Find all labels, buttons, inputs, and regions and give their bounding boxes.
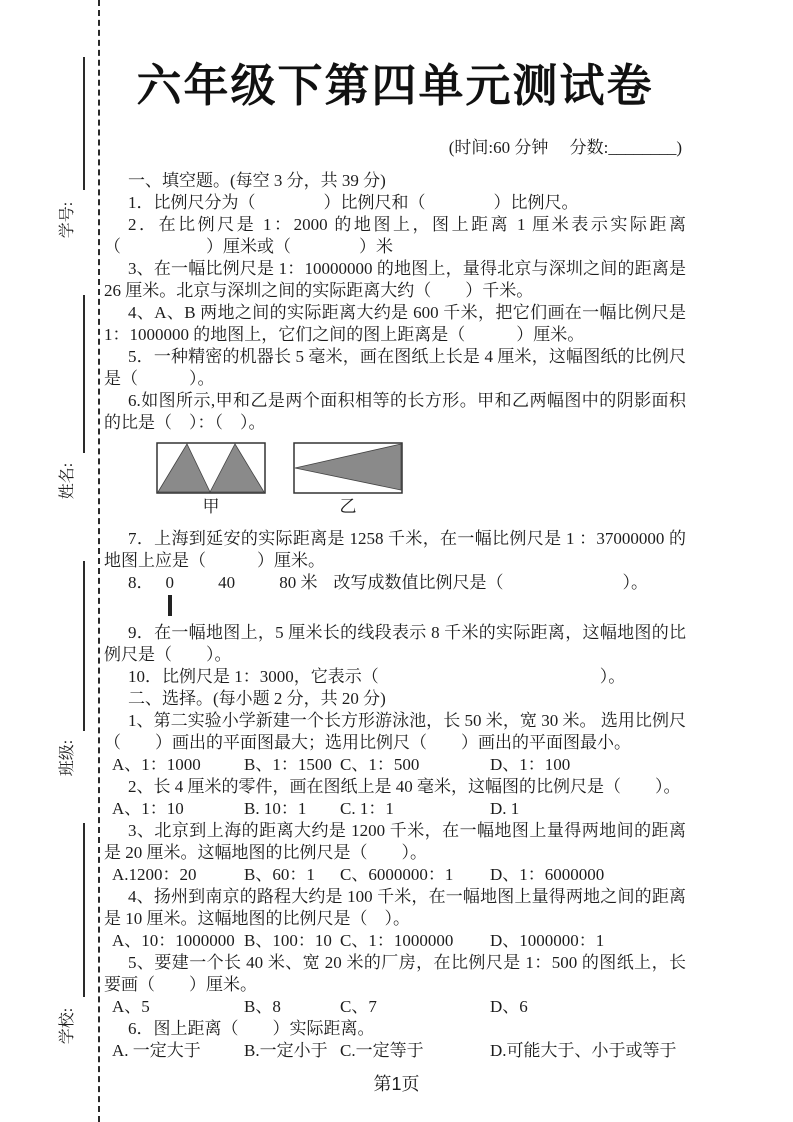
- linear-scale-widget: 0 40 80 米: [166, 572, 318, 616]
- option-item: D.可能大于、小于或等于: [490, 1040, 686, 1062]
- option-item: A、10：1000000: [112, 930, 244, 952]
- fill-question-4: 4、A、B 两地之间的实际距离大约是 600 千米，把它们画在一幅比例尺是 1：…: [104, 302, 686, 346]
- scale-tick-labels: 0 40 80 米: [166, 572, 318, 594]
- page-footer: 第1页: [0, 1072, 793, 1096]
- scale-bar-graphic: [168, 595, 172, 616]
- section-heading-choice: 二、选择。(每小题 2 分，共 20 分): [104, 688, 686, 710]
- option-item: A.1200：20: [112, 864, 244, 886]
- seal-dashed-line: [98, 0, 100, 1122]
- fill-question-3: 3、在一幅比例尺是 1：10000000 的地图上，量得北京与深圳之间的距离是 …: [104, 258, 686, 302]
- fill-question-9: 9．在一幅地图上，5 厘米长的线段表示 8 千米的实际距离，这幅地图的比例尺是（…: [104, 622, 686, 666]
- option-item: B.一定小于: [244, 1040, 340, 1062]
- choice-options-5: A、5 B、8 C、7 D、6: [104, 996, 686, 1018]
- seal-write-line: [83, 57, 85, 190]
- figure-jia-drawing: [156, 442, 266, 494]
- fill-question-8: 8． 0 40 80 米 改写成数值比例尺是（ ）。: [104, 572, 686, 616]
- seal-label-student-number: 学号:: [58, 182, 78, 258]
- option-item: B、1：1500: [244, 754, 340, 776]
- option-item: C.一定等于: [340, 1040, 490, 1062]
- option-item: C、7: [340, 996, 490, 1018]
- scale-tick-40: 40: [218, 572, 235, 594]
- section-heading-fill: 一、填空题。(每空 3 分，共 39 分): [104, 170, 686, 192]
- option-item: C、1：1000000: [340, 930, 490, 952]
- question-8-text: 改写成数值比例尺是（ ）。: [334, 572, 687, 594]
- fill-question-7: 7．上海到延安的实际距离是 1258 千米，在一幅比例尺是 1 ：3700000…: [104, 528, 686, 572]
- exam-paper-page: 学号: 姓名: 班级: 学校: 六年级下第四单元测试卷 (时间:60 分钟 分数…: [0, 0, 793, 1122]
- option-item: B. 10：1: [244, 798, 340, 820]
- choice-question-6: 6．图上距离（ ）实际距离。: [104, 1018, 686, 1040]
- choice-options-4: A、10：1000000 B、100：10 C、1：1000000 D、1000…: [104, 930, 686, 952]
- option-item: A、5: [112, 996, 244, 1018]
- scale-bar-mid-tick: [169, 595, 171, 614]
- choice-question-5: 5、要建一个长 40 米、宽 20 米的厂房，在比例尺是 1：500 的图纸上，…: [104, 952, 686, 996]
- page-title: 六年级下第四单元测试卷: [104, 0, 686, 114]
- seal-label-name: 姓名:: [58, 443, 78, 519]
- option-item: D. 1: [490, 798, 686, 820]
- scale-tick-0: 0: [166, 572, 175, 594]
- option-item: B、8: [244, 996, 340, 1018]
- option-item: A、1：10: [112, 798, 244, 820]
- fill-question-6: 6.如图所示,甲和乙是两个面积相等的长方形。甲和乙两幅图中的阴影面积的比是（ ）…: [104, 390, 686, 434]
- figure-yi-label: 乙: [293, 494, 403, 520]
- option-item: A. 一定大于: [112, 1040, 244, 1062]
- fill-question-1: 1．比例尺分为（ ）比例尺和（ ）比例尺。: [104, 192, 686, 214]
- option-item: B、60：1: [244, 864, 340, 886]
- figure-question-6: 甲 乙: [156, 442, 686, 520]
- option-item: B、100：10: [244, 930, 340, 952]
- figure-jia-label: 甲: [156, 494, 266, 520]
- question-8-number: 8．: [128, 572, 154, 594]
- seal-write-line: [83, 561, 85, 731]
- option-item: D、1：6000000: [490, 864, 686, 886]
- scale-tick-80m: 80 米: [279, 572, 317, 594]
- choice-question-3: 3、北京到上海的距离大约是 1200 千米，在一幅地图上量得两地间的距离是 20…: [104, 820, 686, 864]
- choice-question-1: 1、第二实验小学新建一个长方形游泳池，长 50 米，宽 30 米。 选用比例尺（…: [104, 710, 686, 754]
- exam-meta-time-score: (时间:60 分钟 分数:________): [104, 136, 686, 160]
- seal-label-school: 学校:: [58, 988, 78, 1064]
- option-item: D、6: [490, 996, 686, 1018]
- choice-options-1: A、1：1000 B、1：1500 C、1：500 D、1：100: [104, 754, 686, 776]
- option-item: C. 1：1: [340, 798, 490, 820]
- figure-yi-drawing: [293, 442, 403, 494]
- option-item: C、6000000：1: [340, 864, 490, 886]
- option-item: D、1：100: [490, 754, 686, 776]
- option-item: A、1：1000: [112, 754, 244, 776]
- fill-question-5: 5．一种精密的机器长 5 毫米，画在图纸上长是 4 厘米，这幅图纸的比例尺是（ …: [104, 346, 686, 390]
- fill-question-2: 2．在比例尺是 1：2000 的地图上，图上距离 1 厘米表示实际距离（ ）厘米…: [104, 214, 686, 258]
- seal-write-line: [83, 295, 85, 453]
- choice-options-2: A、1：10 B. 10：1 C. 1：1 D. 1: [104, 798, 686, 820]
- fill-question-10: 10．比例尺是 1：3000，它表示（ ）。: [104, 666, 686, 688]
- figure-jia: 甲: [156, 442, 266, 520]
- choice-question-2: 2、长 4 厘米的零件，画在图纸上是 40 毫米，这幅图的比例尺是（ ）。: [104, 776, 686, 798]
- figure-yi: 乙: [293, 442, 403, 520]
- choice-question-4: 4、扬州到南京的路程大约是 100 千米，在一幅地图上量得两地之间的距离是 10…: [104, 886, 686, 930]
- choice-options-6: A. 一定大于 B.一定小于 C.一定等于 D.可能大于、小于或等于: [104, 1040, 686, 1062]
- option-item: C、1：500: [340, 754, 490, 776]
- choice-options-3: A.1200：20 B、60：1 C、6000000：1 D、1：6000000: [104, 864, 686, 886]
- exam-content: 六年级下第四单元测试卷 (时间:60 分钟 分数:________) 一、填空题…: [104, 0, 686, 1062]
- seal-label-class: 班级:: [58, 720, 78, 796]
- seal-write-line: [83, 823, 85, 997]
- option-item: D、1000000：1: [490, 930, 686, 952]
